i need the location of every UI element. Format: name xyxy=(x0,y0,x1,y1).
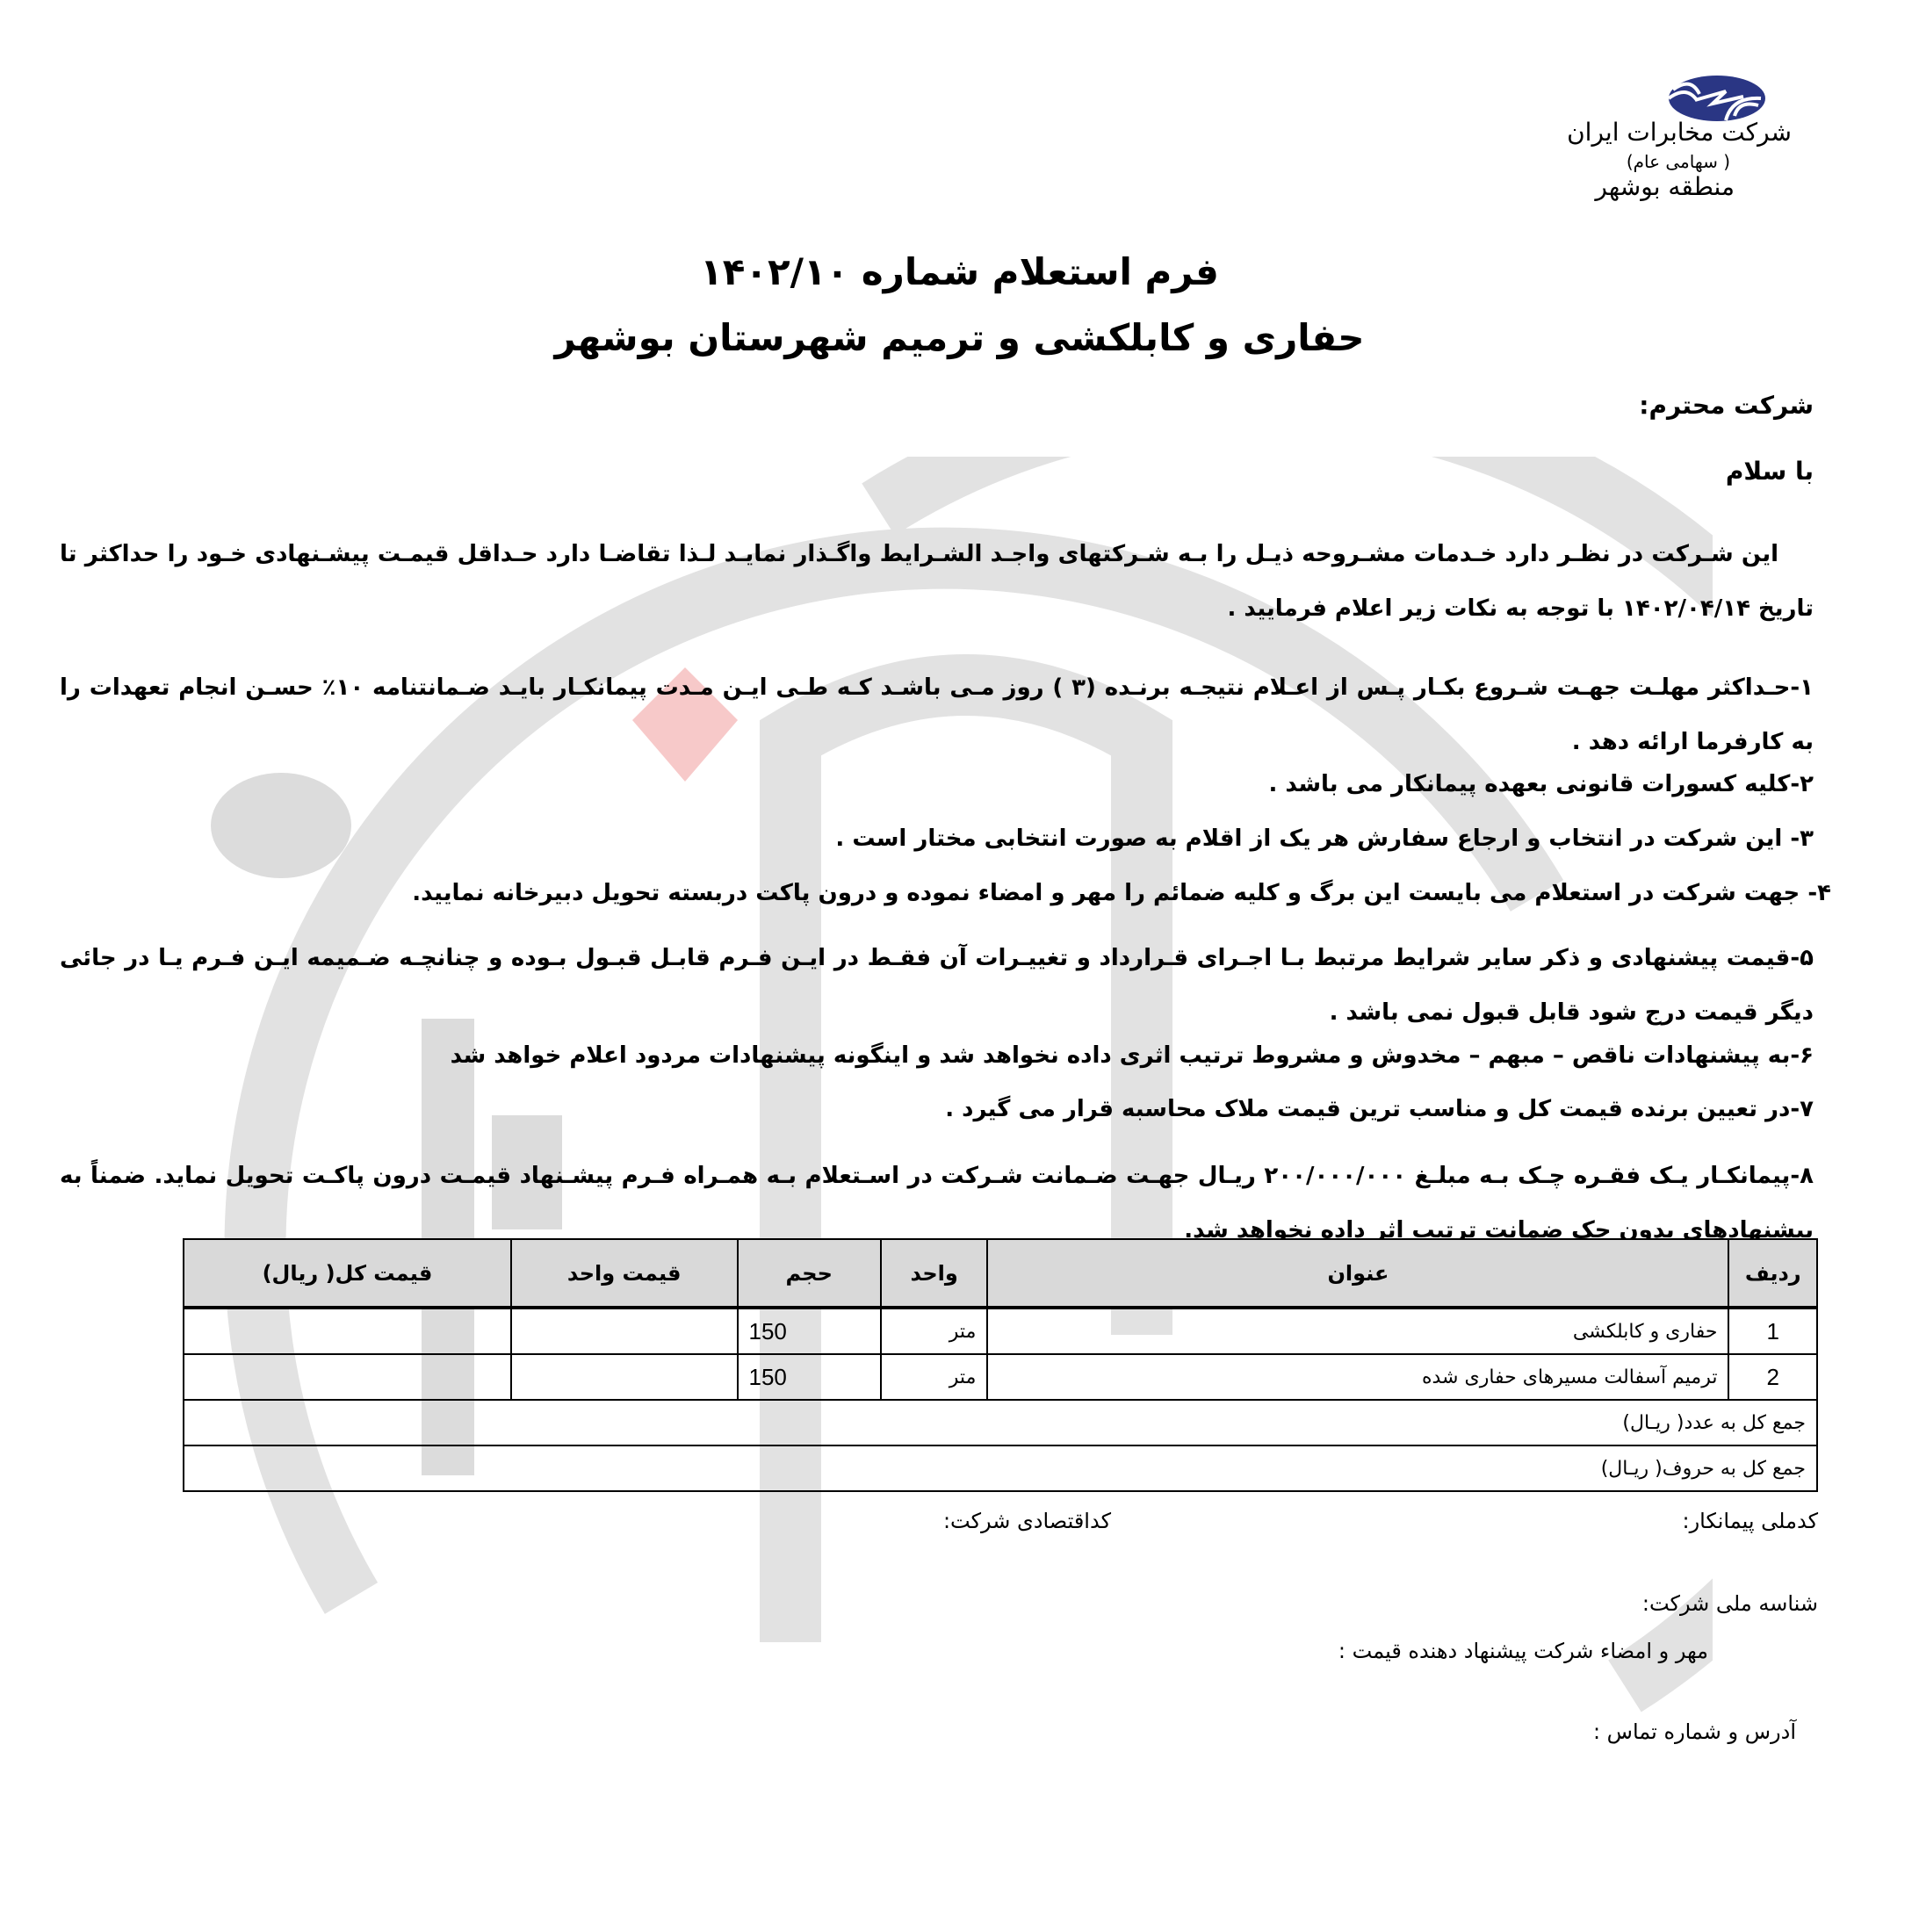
stamp-signature-label: مهر و امضاء شرکت پیشنهاد دهنده قیمت : xyxy=(1338,1639,1708,1663)
contractor-national-id-label: کدملی پیمانکار: xyxy=(1683,1509,1819,1533)
row-total-price-field[interactable] xyxy=(184,1354,511,1400)
address-phone-label: آدرس و شماره تماس : xyxy=(1593,1719,1796,1744)
row-unit: متر xyxy=(881,1308,987,1354)
form-subtitle: حفاری و کابلکشی و ترمیم شهرستان بوشهر xyxy=(0,316,1919,359)
term-2: ۲-کلیه کسورات قانونی بعهده پیمانکار می ب… xyxy=(1269,771,1814,797)
org-region: منطقه بوشهر xyxy=(1595,172,1735,201)
col-title: عنوان xyxy=(987,1239,1728,1308)
org-type: ( سهامی عام) xyxy=(1627,151,1730,172)
org-name: شرکت مخابرات ایران xyxy=(1567,118,1792,147)
col-row: ردیف xyxy=(1728,1239,1817,1308)
col-total-price: قیمت کل( ریال) xyxy=(184,1239,511,1308)
form-title: فرم استعلام شماره ۱۴۰۲/۱۰ xyxy=(0,250,1919,293)
row-volume: 150 xyxy=(738,1354,881,1400)
sum-words-field[interactable]: جمع کل به حروف( ریـال) xyxy=(184,1445,1817,1491)
sum-words-row: جمع کل به حروف( ریـال) xyxy=(184,1445,1817,1491)
row-number: 1 xyxy=(1728,1308,1817,1354)
term-3: ۳- این شرکت در انتخاب و ارجاع سفارش هر ی… xyxy=(835,825,1814,852)
term-7: ۷-در تعیین برنده قیمت کل و مناسب ترین قی… xyxy=(945,1096,1814,1122)
col-unit: واحد xyxy=(881,1239,987,1308)
term-6: ۶-به پیشنهادات ناقص – مبهم – مخدوش و مشر… xyxy=(451,1042,1814,1069)
sum-numeric-field[interactable]: جمع کل به عدد( ریـال) xyxy=(184,1400,1817,1445)
col-unit-price: قیمت واحد xyxy=(511,1239,738,1308)
row-title: ترمیم آسفالت مسیرهای حفاری شده xyxy=(987,1354,1728,1400)
row-total-price-field[interactable] xyxy=(184,1308,511,1354)
greeting: با سلام xyxy=(1726,457,1814,486)
col-volume: حجم xyxy=(738,1239,881,1308)
sum-numeric-row: جمع کل به عدد( ریـال) xyxy=(184,1400,1817,1445)
salutation: شرکت محترم: xyxy=(1639,391,1814,420)
table-row: 2 ترمیم آسفالت مسیرهای حفاری شده متر 150 xyxy=(184,1354,1817,1400)
term-5: ۵-قیمت پیشنهادی و ذکر سایر شرایط مرتبط ب… xyxy=(60,931,1814,1040)
table-header-row: ردیف عنوان واحد حجم قیمت واحد قیمت کل( ر… xyxy=(184,1239,1817,1308)
term-1: ۱-حـداکثر مهلـت جهـت شـروع بکـار پـس از … xyxy=(60,660,1814,769)
intro-paragraph: این شـرکت در نظـر دارد خـدمات مشـروحه ذی… xyxy=(60,527,1814,636)
company-national-id-label: شناسه ملی شرکت: xyxy=(1642,1591,1818,1616)
row-unit: متر xyxy=(881,1354,987,1400)
term-4: ۴- جهت شرکت در استعلام می بایست این برگ … xyxy=(412,880,1831,906)
row-title: حفاری و کابلکشی xyxy=(987,1308,1728,1354)
row-volume: 150 xyxy=(738,1308,881,1354)
economic-code-label: کداقتصادی شرکت: xyxy=(943,1509,1111,1533)
row-unit-price-field[interactable] xyxy=(511,1354,738,1400)
row-unit-price-field[interactable] xyxy=(511,1308,738,1354)
row-number: 2 xyxy=(1728,1354,1817,1400)
table-row: 1 حفاری و کابلکشی متر 150 xyxy=(184,1308,1817,1354)
price-table: ردیف عنوان واحد حجم قیمت واحد قیمت کل( ر… xyxy=(183,1238,1818,1492)
watermark-logo xyxy=(176,457,1713,1730)
telecom-logo-icon xyxy=(1660,72,1765,125)
